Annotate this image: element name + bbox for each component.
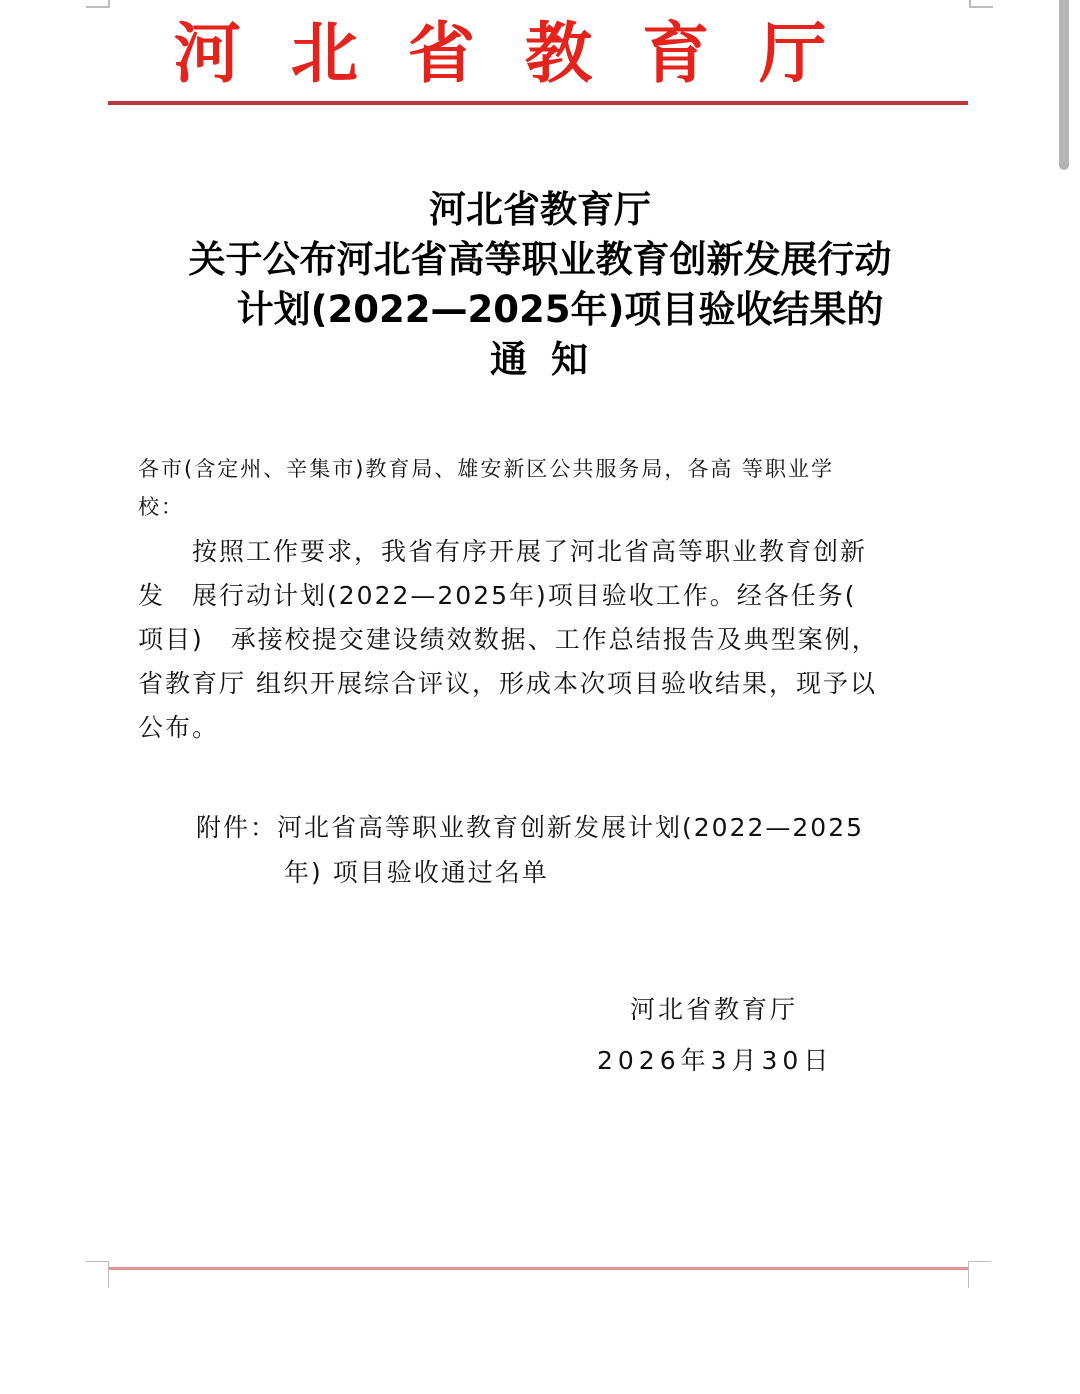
letterhead-char: 育 bbox=[642, 14, 709, 94]
addressee-block: 各市(含定州、辛集市)教育局、雄安新区公共服务局，各高 等职业学 校： bbox=[138, 450, 928, 526]
crop-mark-top-right bbox=[969, 0, 993, 8]
crop-mark-bottom-right bbox=[968, 1261, 991, 1288]
body-line: 项目) 承接校提交建设绩效数据、工作总结报告及典型案例， bbox=[138, 618, 948, 662]
crop-mark-top-left bbox=[86, 0, 110, 8]
footer-rule bbox=[109, 1267, 968, 1270]
body-line: 发 展行动计划(2022—2025年)项目验收工作。经各任务( bbox=[138, 574, 948, 618]
letterhead-char: 厅 bbox=[759, 14, 826, 94]
letterhead-char: 教 bbox=[525, 14, 592, 94]
letterhead-char: 北 bbox=[291, 14, 358, 94]
body-line: 省教育厅 组织开展综合评议，形成本次项目验收结果，现予以 bbox=[138, 662, 948, 706]
document-title-notice: 通知 bbox=[140, 336, 940, 384]
addressee-line: 校： bbox=[138, 488, 928, 526]
attachment-line: 年) 项目验收通过名单 bbox=[196, 850, 946, 895]
letterhead-title: 河 北 省 教 育 厅 bbox=[174, 14, 827, 94]
addressee-line: 各市(含定州、辛集市)教育局、雄安新区公共服务局，各高 等职业学 bbox=[138, 450, 928, 488]
crop-mark-bottom-left bbox=[86, 1261, 109, 1288]
document-title-line: 计划(2022—2025年)项目验收结果的 bbox=[140, 286, 940, 334]
vertical-scrollbar[interactable] bbox=[1059, 0, 1069, 170]
attachment-note: 附件：河北省高等职业教育创新发展计划(2022—2025 年) 项目验收通过名单 bbox=[196, 805, 946, 895]
letterhead-char: 省 bbox=[408, 14, 475, 94]
document-title-line: 关于公布河北省高等职业教育创新发展行动 bbox=[140, 236, 940, 284]
signature-date: 2026年3月30日 bbox=[597, 1041, 833, 1081]
letterhead-char: 河 bbox=[174, 14, 241, 94]
body-paragraph: 按照工作要求，我省有序开展了河北省高等职业教育创新 发 展行动计划(2022—2… bbox=[138, 530, 948, 750]
body-line: 按照工作要求，我省有序开展了河北省高等职业教育创新 bbox=[138, 530, 948, 574]
attachment-line: 附件：河北省高等职业教育创新发展计划(2022—2025 bbox=[196, 805, 946, 850]
document-title-issuer: 河北省教育厅 bbox=[140, 186, 940, 234]
body-line: 公布。 bbox=[138, 706, 948, 750]
signature-organization: 河北省教育厅 bbox=[630, 990, 798, 1030]
letterhead-red-rule bbox=[108, 101, 968, 105]
